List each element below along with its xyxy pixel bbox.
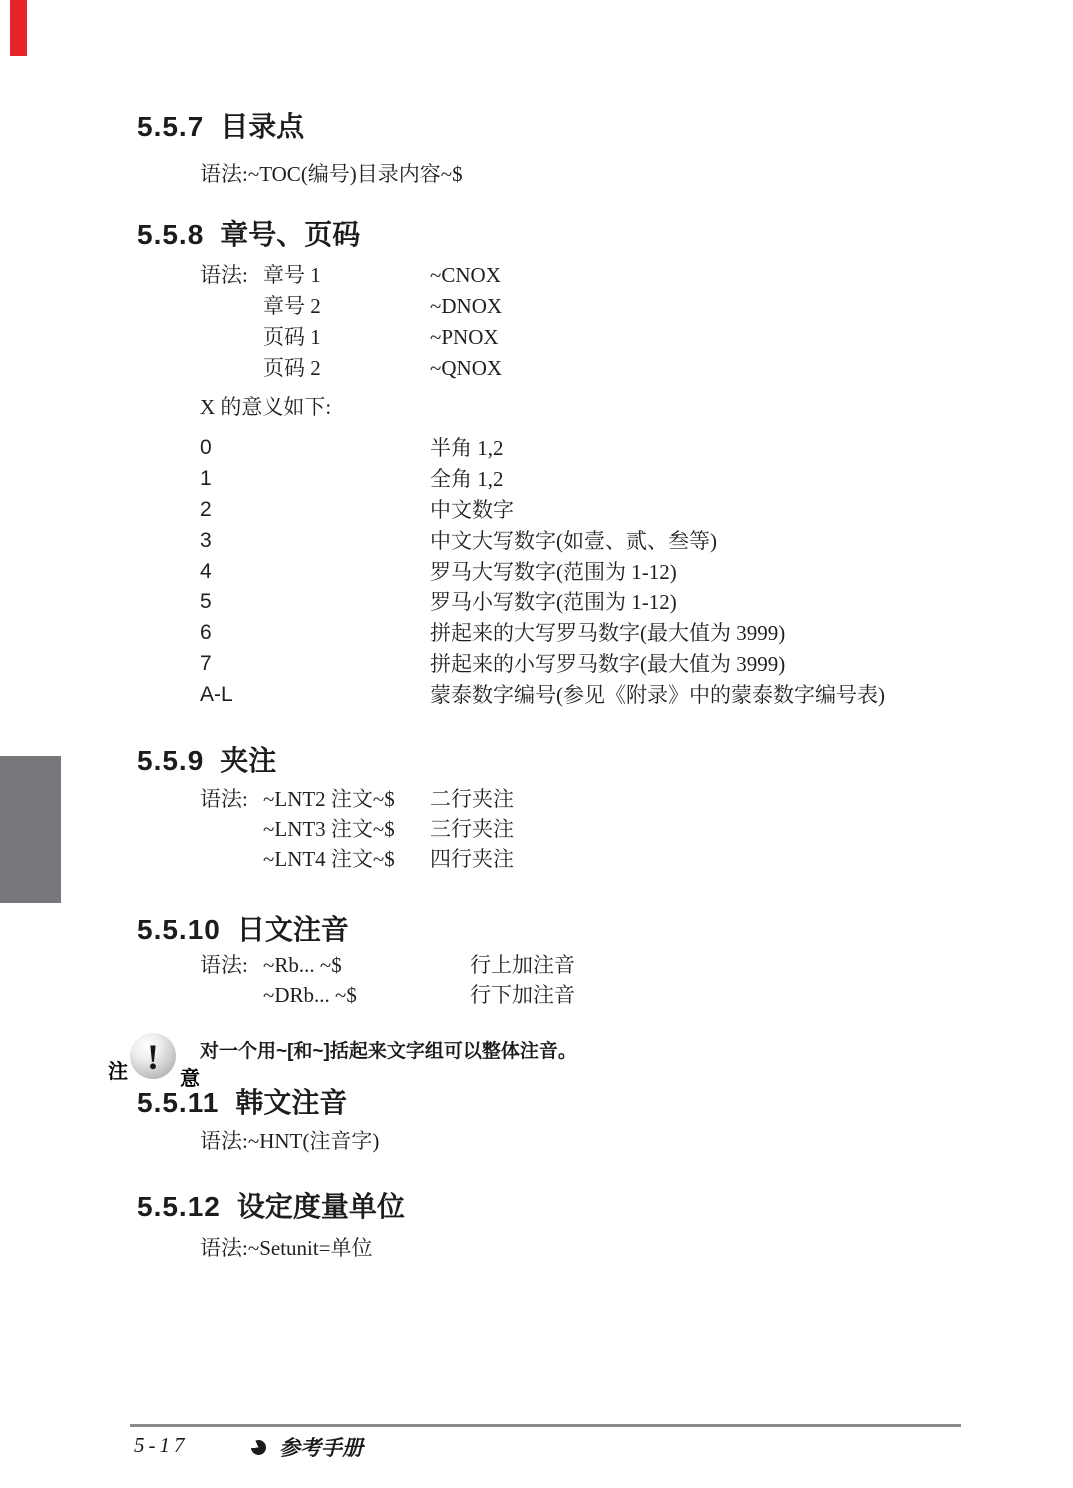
meaning-desc: 拼起来的大写罗马数字(最大值为 3999): [430, 618, 785, 649]
syntax-table-ruby: 语法: ~Rb... ~$ 行上加注音 ~DRb... ~$ 行下加注音: [200, 950, 575, 1010]
syntax-label: 语法:: [200, 784, 263, 814]
syntax-row: 页码 1 ~PNOX: [200, 322, 502, 353]
section-number: 5.5.10: [137, 914, 221, 945]
meaning-row: 7 拼起来的小写罗马数字(最大值为 3999): [200, 649, 885, 680]
meaning-key: 4: [200, 557, 430, 588]
syntax-row: 语法: 章号 1 ~CNOX: [200, 260, 502, 291]
meaning-key: 5: [200, 587, 430, 618]
syntax-key: ~DRb... ~$: [263, 980, 470, 1010]
syntax-value: ~DNOX: [430, 291, 502, 322]
section-title: 目录点: [220, 111, 304, 142]
meaning-row: 6 拼起来的大写罗马数字(最大值为 3999): [200, 618, 885, 649]
x-meanings-list: 0 半角 1,2 1 全角 1,2 2 中文数字 3 中文大写数字(如壹、贰、叁…: [200, 433, 885, 711]
meaning-row: 2 中文数字: [200, 495, 885, 526]
syntax-table-jiazhu: 语法: ~LNT2 注文~$ 二行夹注 ~LNT3 注文~$ 三行夹注 ~LNT…: [200, 784, 514, 874]
meaning-desc: 蒙泰数字编号(参见《附录》中的蒙泰数字编号表): [430, 680, 885, 711]
syntax-row: 语法: ~LNT2 注文~$ 二行夹注: [200, 784, 514, 814]
section-heading-5-5-9: 5.5.9夹注: [137, 742, 276, 780]
chapter-tab-red: [10, 0, 27, 56]
manual-page: 5.5.7目录点 语法:~TOC(编号)目录内容~$ 5.5.8章号、页码 语法…: [0, 0, 1073, 1488]
syntax-key: ~LNT3 注文~$: [263, 814, 430, 844]
meaning-desc: 全角 1,2: [430, 464, 504, 495]
meaning-desc: 罗马大写数字(范围为 1-12): [430, 557, 677, 588]
section-title: 章号、页码: [220, 219, 360, 250]
syntax-row: 章号 2 ~DNOX: [200, 291, 502, 322]
footer-manual-label: 参考手册: [279, 1432, 363, 1462]
meaning-desc: 拼起来的小写罗马数字(最大值为 3999): [430, 649, 785, 680]
syntax-desc: 三行夹注: [430, 814, 514, 844]
section-title: 韩文注音: [235, 1087, 347, 1118]
syntax-row: ~LNT4 注文~$ 四行夹注: [200, 844, 514, 874]
syntax-row: 页码 2 ~QNOX: [200, 353, 502, 384]
syntax-value: ~PNOX: [430, 322, 499, 353]
meaning-key: A-L: [200, 680, 430, 711]
syntax-line-toc: 语法:~TOC(编号)目录内容~$: [200, 161, 463, 187]
syntax-label: 语法:: [200, 950, 263, 980]
section-title: 设定度量单位: [237, 1191, 405, 1222]
section-number: 5.5.9: [137, 745, 204, 776]
section-title: 日文注音: [237, 914, 349, 945]
meaning-key: 1: [200, 464, 430, 495]
note-text: 对一个用~[和~]括起来文字组可以整体注音。: [200, 1040, 577, 1064]
meaning-key: 7: [200, 649, 430, 680]
section-heading-5-5-8: 5.5.8章号、页码: [137, 216, 360, 254]
syntax-line-setunit: 语法:~Setunit=单位: [200, 1235, 373, 1261]
meaning-row: 5 罗马小写数字(范围为 1-12): [200, 587, 885, 618]
syntax-value: ~QNOX: [430, 353, 502, 384]
syntax-key: ~Rb... ~$: [263, 950, 470, 980]
section-heading-5-5-7: 5.5.7目录点: [137, 108, 304, 146]
attention-char-left: 注: [108, 1055, 128, 1084]
meaning-desc: 半角 1,2: [430, 433, 504, 464]
syntax-key: ~LNT4 注文~$: [263, 844, 430, 874]
meaning-row: 4 罗马大写数字(范围为 1-12): [200, 557, 885, 588]
footer-divider: [130, 1424, 961, 1427]
meaning-row: A-L 蒙泰数字编号(参见《附录》中的蒙泰数字编号表): [200, 680, 885, 711]
syntax-table-chapter-page: 语法: 章号 1 ~CNOX 章号 2 ~DNOX 页码 1 ~PNOX 页码 …: [200, 260, 502, 384]
footer-bullet-icon: [251, 1440, 266, 1455]
meaning-desc: 中文大写数字(如壹、贰、叁等): [430, 526, 717, 557]
attention-ball-icon: !: [130, 1033, 176, 1079]
meaning-desc: 中文数字: [430, 495, 514, 526]
section-heading-5-5-12: 5.5.12设定度量单位: [137, 1188, 405, 1226]
syntax-desc: 二行夹注: [430, 784, 514, 814]
syntax-line-hnt: 语法:~HNT(注音字): [200, 1128, 379, 1154]
section-number: 5.5.12: [137, 1191, 221, 1222]
syntax-desc: 行上加注音: [470, 950, 575, 980]
exclamation-icon: !: [130, 1035, 176, 1079]
meaning-desc: 罗马小写数字(范围为 1-12): [430, 587, 677, 618]
syntax-desc: 行下加注音: [470, 980, 575, 1010]
section-number: 5.5.11: [137, 1087, 219, 1118]
meaning-row: 3 中文大写数字(如壹、贰、叁等): [200, 526, 885, 557]
meaning-row: 1 全角 1,2: [200, 464, 885, 495]
syntax-key: ~LNT2 注文~$: [263, 784, 430, 814]
syntax-key: 章号 2: [263, 291, 430, 322]
meaning-key: 3: [200, 526, 430, 557]
syntax-desc: 四行夹注: [430, 844, 514, 874]
syntax-row: 语法: ~Rb... ~$ 行上加注音: [200, 950, 575, 980]
syntax-key: 页码 1: [263, 322, 430, 353]
syntax-value: ~CNOX: [430, 260, 501, 291]
chapter-tab-gray: [0, 756, 61, 903]
meaning-key: 2: [200, 495, 430, 526]
syntax-row: ~DRb... ~$ 行下加注音: [200, 980, 575, 1010]
syntax-row: ~LNT3 注文~$ 三行夹注: [200, 814, 514, 844]
meaning-key: 6: [200, 618, 430, 649]
footer-page-number: 5-17: [134, 1433, 189, 1458]
meaning-key: 0: [200, 433, 430, 464]
section-number: 5.5.8: [137, 219, 204, 250]
meaning-row: 0 半角 1,2: [200, 433, 885, 464]
section-heading-5-5-11: 5.5.11韩文注音: [137, 1084, 347, 1122]
syntax-key: 章号 1: [263, 260, 430, 291]
syntax-key: 页码 2: [263, 353, 430, 384]
x-meaning-intro: X 的意义如下:: [200, 394, 331, 420]
syntax-label: 语法:: [200, 260, 263, 291]
section-title: 夹注: [220, 745, 276, 776]
section-number: 5.5.7: [137, 111, 204, 142]
section-heading-5-5-10: 5.5.10日文注音: [137, 911, 349, 949]
